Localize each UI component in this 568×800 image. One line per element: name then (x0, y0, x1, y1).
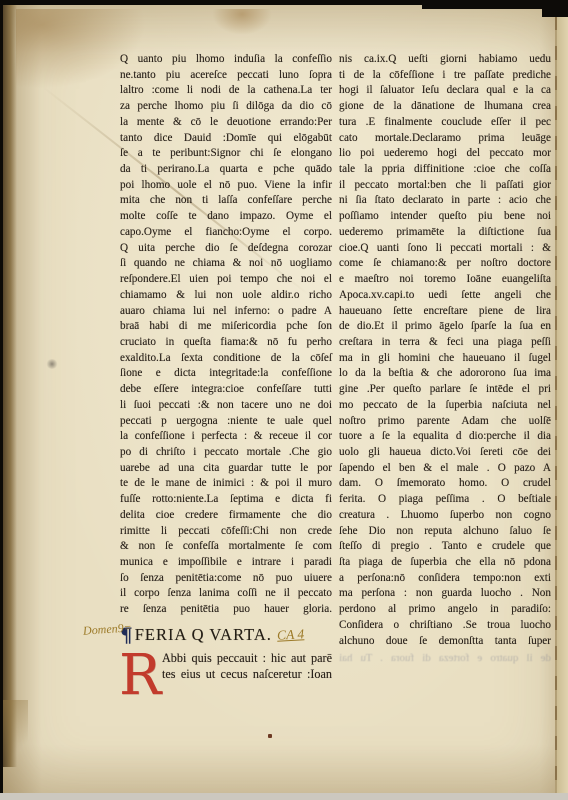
left-column-text: Q uanto piu lhomo induſia la confeſſione… (120, 52, 332, 618)
text-line: rimitte li peccati cōfeſſi:Chi non crede (120, 524, 332, 540)
scan-bed-bottom-edge (0, 793, 568, 800)
fore-edge-line (555, 16, 557, 800)
text-line: uederemo primamēte la diſtictione ſua (339, 225, 551, 241)
text-line: re ſenza penitētia puo hauer gloria. (120, 602, 332, 618)
text-line: delita cioe credere firmamente che dio (120, 508, 332, 524)
incipit-block: R Abbi quis peccauit : hic aut parētes e… (120, 650, 332, 682)
photo-background-top-right-thin (422, 0, 542, 9)
text-line: alchuno doue ſe demonſtta tanta ſuper (339, 634, 551, 650)
text-line: za perche lhomo piu ſi dilōga da dio cō (120, 99, 332, 115)
text-line: tura .E finalmente couclude eſſer il pec (339, 115, 551, 131)
text-line: Apoca.xv.capi.to uedi ſette angeli che (339, 288, 551, 304)
text-line: da ti perirano.La quarta e pche quādo (120, 162, 332, 178)
left-column: Q uanto piu lhomo induſia la confeſſione… (120, 52, 332, 682)
binding-gutter-foot (2, 700, 28, 770)
text-line: creſtara in terra & feci una piaga peſſi (339, 335, 551, 351)
text-line: li ſuoi peccati :& non tacere uno ne doi (120, 398, 332, 414)
text-line: po di chriſto i peccato mortale .Che gio (120, 445, 332, 461)
text-line: ſione e dicta integritade:la confeſſione (120, 366, 332, 382)
text-line: Q uanto piu lhomo induſia la confeſſio (120, 52, 332, 68)
text-line: fuſſe rotto:niente.La ſeptima e dicta fi (120, 492, 332, 508)
text-line: mo peccato de la ſuperbia naſciuta nel (339, 398, 551, 414)
text-line: cato mortale.Declaramo prima leuāge (339, 131, 551, 147)
book-photo: Q uanto piu lhomo induſia la confeſſione… (0, 0, 568, 800)
text-line: Conſidera o chriſtiano .Se troua luocho (339, 618, 551, 634)
text-line: capo.Oyme el fiancho:Oyme el corpo. (120, 225, 332, 241)
text-line: ſta piaga de ſuperbia che ella nō pdona (339, 555, 551, 571)
text-line: ſapendo el ben & el male . O pazo A (339, 461, 551, 477)
text-line: ma perſona : non guarda luocho . Non (339, 586, 551, 602)
photo-background-top-right (542, 0, 568, 17)
text-line: tuore a ſe la equalita d dio:perche il d… (339, 429, 551, 445)
text-line: ma in gli homini che haueuano il ſugel (339, 351, 551, 367)
text-line: hogi il ſaluator Ieſu declara qual e la … (339, 83, 551, 99)
text-line: ſteſſo di pregio . Tanto e crudele que (339, 539, 551, 555)
text-line: laltro :come li nodi de la cathena.La te… (120, 83, 332, 99)
text-line: ſehe Dio non reputa alchuno ſaluo ſe (339, 524, 551, 540)
text-line: lio poi uederemo hogi del peccato mor (339, 146, 551, 162)
text-line: ſe a te peribunt:Signor chi ſe elongano (120, 146, 332, 162)
text-line: & non ſe confeſſa mortalmente ſe com (120, 539, 332, 555)
margin-smudge (46, 359, 58, 369)
paper-stain-top (212, 9, 272, 35)
text-line: uolo gli haueua dicto.Voi ſereti cōe dei (339, 445, 551, 461)
text-line: mita che non ti laſſa confeſſare perche (120, 193, 332, 209)
text-line: cruciato in queſta fiama:& nō fu perho (120, 335, 332, 351)
text-line: e maeſtro noi toremo Ioāne euangeliſta (339, 272, 551, 288)
text-line: la confeſſione i perfecta : & receue il … (120, 429, 332, 445)
text-line: ſo ſenza penitētia:come nō puo uiuere (120, 571, 332, 587)
text-line: gione de la dānatione de lhumana crea (339, 99, 551, 115)
text-line: tanto dice Dauid :Domīe qui elōgabūt (120, 131, 332, 147)
text-line: reſpondere.El uien poi tempo che noi el (120, 272, 332, 288)
text-line: ni ſia ſtato declarato in parte : acio c… (339, 193, 551, 209)
text-line: debe eſſere integra:cioe confeſſare tutt… (120, 382, 332, 398)
rubricated-initial: R (119, 649, 161, 702)
text-line: come ſe chiamano:& per noſtro doctore (339, 256, 551, 272)
fore-edge-pages (555, 16, 568, 800)
text-line: auaro chiama lui nel inferno: o padre A (120, 304, 332, 320)
text-line: noſtro primo parente Adam che uolſē (339, 414, 551, 430)
text-line: ſi quando ne chiama & noi nō uogliamo (120, 256, 332, 272)
text-line: lo da la beſtia & che adororono ſua ima (339, 366, 551, 382)
photo-background-left (0, 0, 3, 800)
text-line: ferita. O piaga peſſima . O beſtiale (339, 492, 551, 508)
text-line: a perſona:nō conſidera tempo:non exti (339, 571, 551, 587)
text-line: chiamamo & lui non uole aldir.o richo (120, 288, 332, 304)
paper-spot (268, 734, 272, 738)
text-line: munica e impoſſibile e intrare i paradi (120, 555, 332, 571)
text-line: peccati p uergogna :niente te uale quel (120, 414, 332, 430)
text-line: il corpo ſenza lanima coſſi ne il peccat… (120, 586, 332, 602)
text-line: ti de la cōfeſſione i tre paſſate predic… (339, 68, 551, 84)
text-line: dam. O ſmemorato homo. O crudel (339, 476, 551, 492)
text-line: uarebe ad una cita guardar tutte le por (120, 461, 332, 477)
text-line: cioe.Q uanti ſono li peccati mortali : & (339, 241, 551, 257)
text-line: poi lhomo uole el nō puo. Viene la infir (120, 178, 332, 194)
text-line: Q uita perche dio ſe deſdegna corozar (120, 241, 332, 257)
binding-gutter-edge (2, 5, 17, 767)
text-line: nis ca.ix.Q ueſti giorni habiamo uedu (339, 52, 551, 68)
handwritten-chapter-number: CA 4 (276, 626, 304, 643)
text-line: tes eius ut cecus naſceretur :Ioan (162, 666, 332, 682)
text-line: braā habi di me miſericordia pche ſon (120, 319, 332, 335)
text-line: poſſiamo intender queſto piu bene noi (339, 209, 551, 225)
text-line: gine .Per queſto parlare ſe intēde el pr… (339, 382, 551, 398)
text-line: molte coſſe te dano impazo. Oyme el (120, 209, 332, 225)
incipit-text: Abbi quis peccauit : hic aut parētes eiu… (162, 650, 332, 682)
text-line: exaldito.La ſexta conditione de la cōſeſ (120, 351, 332, 367)
ink-showthrough-line: de il quatro e forteza di fuora . Tu hai (339, 652, 551, 664)
text-line: te de le mane de inimici : & poi il muro (120, 476, 332, 492)
chapter-heading: FERIA Q VARTA. (135, 625, 272, 645)
text-line: tale la ppria diffinitione :cioe che coſ… (339, 162, 551, 178)
text-line: Abbi quis peccauit : hic aut parē (162, 650, 332, 666)
handwritten-margin-note: Domen9= (83, 620, 133, 638)
right-column: nis ca.ix.Q ueſti giorni habiamo ueduti … (339, 52, 551, 664)
text-line: de dio.Et il primo āgelo ſparſe la ſua e… (339, 319, 551, 335)
text-line: il peccato mortal:ben che li paſſati gio… (339, 178, 551, 194)
text-line: creatura . Lhuomo ſuperbo non cogno (339, 508, 551, 524)
text-line: la mente & cō le deuotione errando:Per (120, 115, 332, 131)
text-line: ne.tanto piu acereſce peccati luno ſopra (120, 68, 332, 84)
text-line: perdono al primo angelo in paradiſo: (339, 602, 551, 618)
text-line: haueuano ſette encreſtare piene de lira (339, 304, 551, 320)
right-column-text: nis ca.ix.Q ueſti giorni habiamo ueduti … (339, 52, 551, 649)
